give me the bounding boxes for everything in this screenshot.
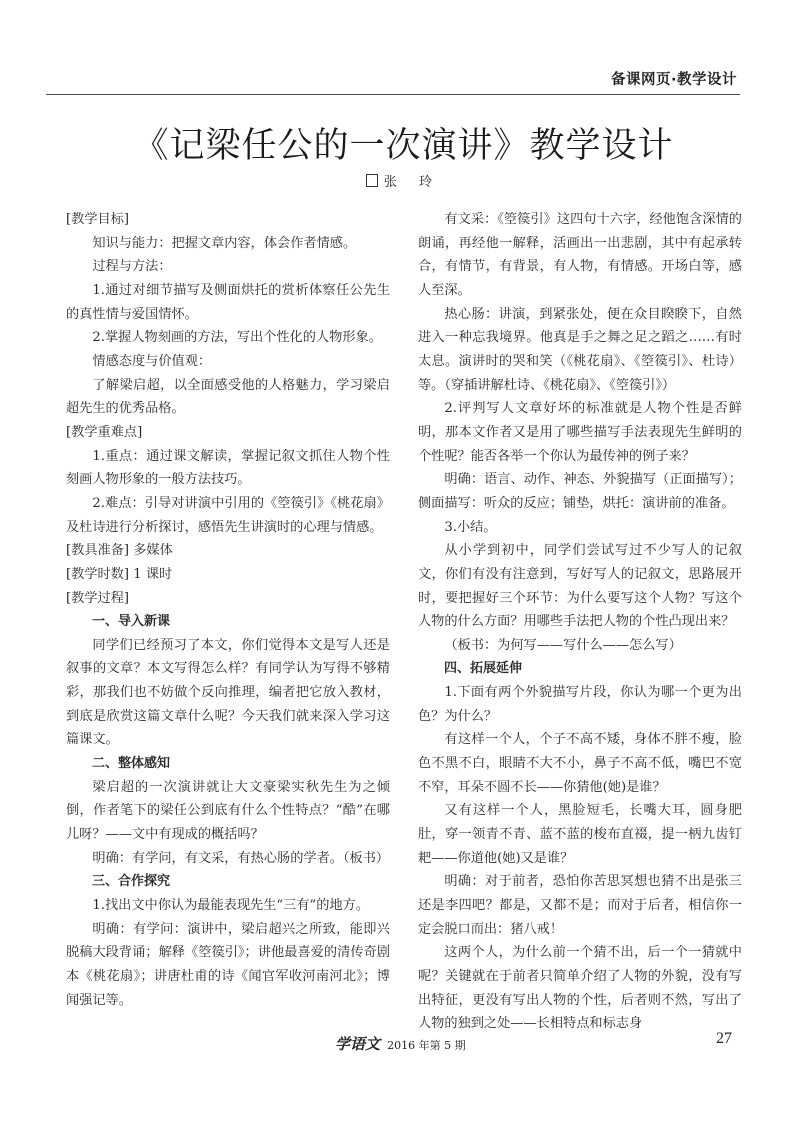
journal-issue: 2016 年第 5 期 [387, 1039, 465, 1052]
right-column: 有文采：《箜篌引》这四句十六字，经他饱含深情的朗诵，再经他一解释，活画出一出悲剧… [418, 208, 742, 1036]
paragraph: 同学们已经预习了本文，你们觉得本文是写人还是叙事的文章？本文写得怎么样？有同学认… [66, 634, 390, 752]
section-label: [教学过程] [66, 587, 390, 611]
footer-journal: 学语文 2016 年第 5 期 [335, 1033, 466, 1054]
article-title: 《记梁任公的一次演讲》教学设计 [0, 118, 807, 168]
left-column: [教学目标]知识与能力：把握文章内容，体会作者情感。过程与方法：1.通过对细节描… [66, 208, 390, 1012]
paragraph: 梁启超的一次演讲就让大文豪梁实秋先生为之倾倒，作者笔下的梁任公到底有什么个性特点… [66, 776, 390, 847]
journal-name: 学语文 [335, 1035, 380, 1053]
paragraph: 明确：对于前者，恐怕你苦思冥想也猜不出是张三还是李四吧？都是，又都不是；而对于后… [418, 870, 742, 941]
section-label: [教具准备] 多媒体 [66, 539, 390, 563]
paragraph: 情感态度与价值观： [66, 350, 390, 374]
paragraph: 了解梁启超，以全面感受他的人格魅力，学习梁启超先生的优秀品格。 [66, 374, 390, 421]
article-author: 张 玲 [0, 171, 807, 190]
paragraph: 明确：语言、动作、神态、外貌描写（正面描写）；侧面描写：听众的反应；铺垫，烘托：… [418, 468, 742, 515]
paragraph: 又有这样一个人，黑脸短毛，长嘴大耳，圆身肥肚，穿一领青不青、蓝不蓝的梭布直裰，提… [418, 799, 742, 870]
section-label: [教学目标] [66, 208, 390, 232]
paragraph: 1.重点：通过课文解读，掌握记叙文抓住人物个性刻画人物形象的一般方法技巧。 [66, 445, 390, 492]
section-label: [教学时数] 1 课时 [66, 563, 390, 587]
paragraph: 热心肠：讲演，到紧张处，便在众目睽睽下，自然进入一种忘我境界。他真是手之舞之足之… [418, 303, 742, 398]
paragraph: 知识与能力：把握文章内容，体会作者情感。 [66, 232, 390, 256]
paragraph: 明确：有学问，有文采，有热心肠的学者。（板书） [66, 847, 390, 871]
paragraph: 从小学到初中，同学们尝试写过不少写人的记叙文，你们有没有注意到，写好写人的记叙文… [418, 539, 742, 634]
paragraph: 2.评判写人文章好坏的标准就是人物个性是否鲜明，那本文作者又是用了哪些描写手法表… [418, 397, 742, 468]
author-box-icon [366, 174, 378, 187]
page-number: 27 [716, 1030, 732, 1048]
paragraph: 2.难点：引导对讲演中引用的《箜篌引》《桃花扇》及杜诗进行分析探讨，感悟先生讲演… [66, 492, 390, 539]
paragraph: 这两个人，为什么前一个猜不出，后一个一猜就中呢？关键就在于前者只简单介绍了人物的… [418, 941, 742, 1036]
paragraph: 1.找出文中你认为最能表现先生“三有”的地方。 [66, 894, 390, 918]
paragraph: 有文采：《箜篌引》这四句十六字，经他饱含深情的朗诵，再经他一解释，活画出一出悲剧… [418, 208, 742, 303]
paragraph: 明确：有学问：演讲中，梁启超兴之所致，能即兴脱稿大段背诵；解释《箜篌引》；讲他最… [66, 918, 390, 1013]
section-label: [教学重难点] [66, 421, 390, 445]
header-divider [46, 94, 740, 95]
paragraph: 1.通过对细节描写及侧面烘托的赏析体察任公先生的真性情与爱国情怀。 [66, 279, 390, 326]
paragraph: 1.下面有两个外貌描写片段，你认为哪一个更为出色？为什么？ [418, 681, 742, 728]
section-heading: 二、整体感知 [66, 752, 390, 776]
section-heading: 一、导入新课 [66, 610, 390, 634]
paragraph: 过程与方法： [66, 255, 390, 279]
author-name: 张 玲 [384, 175, 441, 190]
section-heading: 三、合作探究 [66, 870, 390, 894]
section-heading: 四、拓展延伸 [418, 657, 742, 681]
paragraph: （板书：为何写——写什么——怎么写） [418, 634, 742, 658]
section-header: 备课网页·教学设计 [611, 68, 737, 89]
paragraph: 有这样一个人，个子不高不矮，身体不胖不瘦，脸色不黑不白，眼睛不大不小，鼻子不高不… [418, 728, 742, 799]
paragraph: 2.掌握人物刻画的方法，写出个性化的人物形象。 [66, 326, 390, 350]
paragraph: 3.小结。 [418, 516, 742, 540]
